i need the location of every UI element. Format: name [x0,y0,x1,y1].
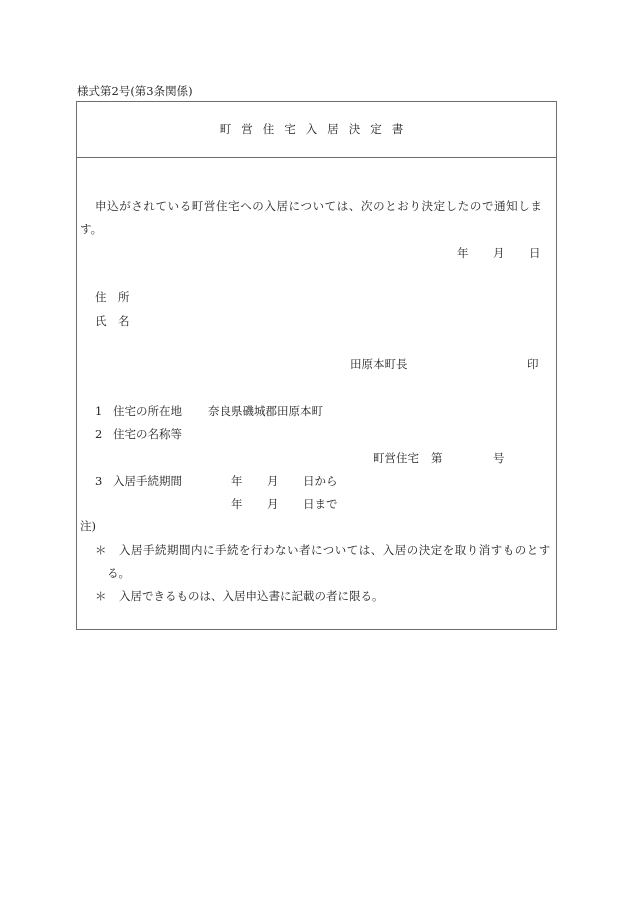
item-2-label: 住宅の名称等 [113,429,182,441]
period-from-month: 月 [267,476,279,488]
period-to-year: 年 [231,499,243,511]
document-title: 町営住宅入居決定書 [77,124,556,136]
item-1-value: 奈良県磯城郡田原本町 [208,406,323,418]
item-2-number: 2 [95,429,102,441]
housing-go: 号 [493,453,505,465]
item-3-label: 入居手続期間 [113,476,182,488]
item-1-label: 住宅の所在地 [113,406,182,418]
period-from-day: 日から [303,476,338,488]
issuer-title: 田原本町長 [350,359,408,371]
housing-prefix: 町営住宅 [373,453,419,465]
body-text-line2: す。 [80,224,102,236]
form-number-label: 様式第2号(第3条関係) [77,86,193,98]
period-to-day: 日まで [303,499,338,511]
period-to-month: 月 [267,499,279,511]
document-box: 町営住宅入居決定書 申込がされている町営住宅への入居については、次のとおり決定し… [76,101,557,630]
date-month: 月 [493,248,505,260]
seal-mark: 印 [527,359,539,371]
name-label: 氏 名 [95,316,130,328]
note-1-line1: 入居手続期間内に手続を行わない者については、入居の決定を取り消すものとす [119,545,551,557]
item-3-number: 3 [95,476,102,488]
item-1-number: 1 [95,406,102,418]
period-from-year: 年 [231,476,243,488]
date-year: 年 [457,248,469,260]
note-1-bullet: ＊ [95,545,107,557]
body-text-line1: 申込がされている町営住宅への入居については、次のとおり決定したので通知しま [95,201,542,213]
date-day: 日 [529,248,541,260]
housing-dai: 第 [431,453,443,465]
address-label: 住 所 [95,292,130,304]
title-divider [77,157,556,158]
note-2-line1: 入居できるものは、入居申込書に記載の者に限る。 [119,591,384,603]
notes-heading: 注) [80,521,96,533]
note-2-bullet: ＊ [95,591,107,603]
note-1-line2: る。 [107,568,130,580]
